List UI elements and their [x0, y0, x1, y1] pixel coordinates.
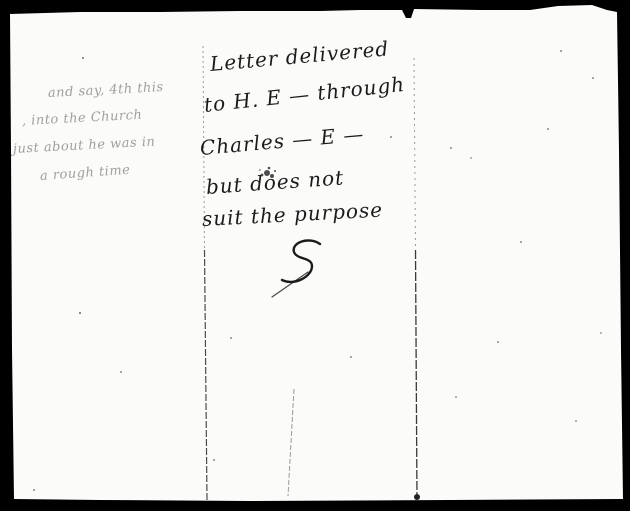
speck [547, 128, 549, 130]
speck [82, 57, 84, 59]
speck [120, 371, 122, 373]
speck [230, 337, 232, 339]
paper-sheet [0, 0, 630, 511]
speck [455, 396, 457, 398]
document-scan: and say, 4th this , into the Church just… [0, 0, 630, 511]
speck [575, 420, 577, 422]
speck [79, 312, 81, 314]
speck [520, 241, 522, 243]
speck [560, 50, 562, 52]
speck [497, 341, 499, 343]
speck [33, 489, 35, 491]
speck [600, 332, 602, 334]
speck [350, 356, 352, 358]
speck [592, 77, 594, 79]
speck [213, 459, 215, 461]
speck [470, 157, 472, 159]
speck [390, 136, 392, 138]
speck [450, 147, 452, 149]
